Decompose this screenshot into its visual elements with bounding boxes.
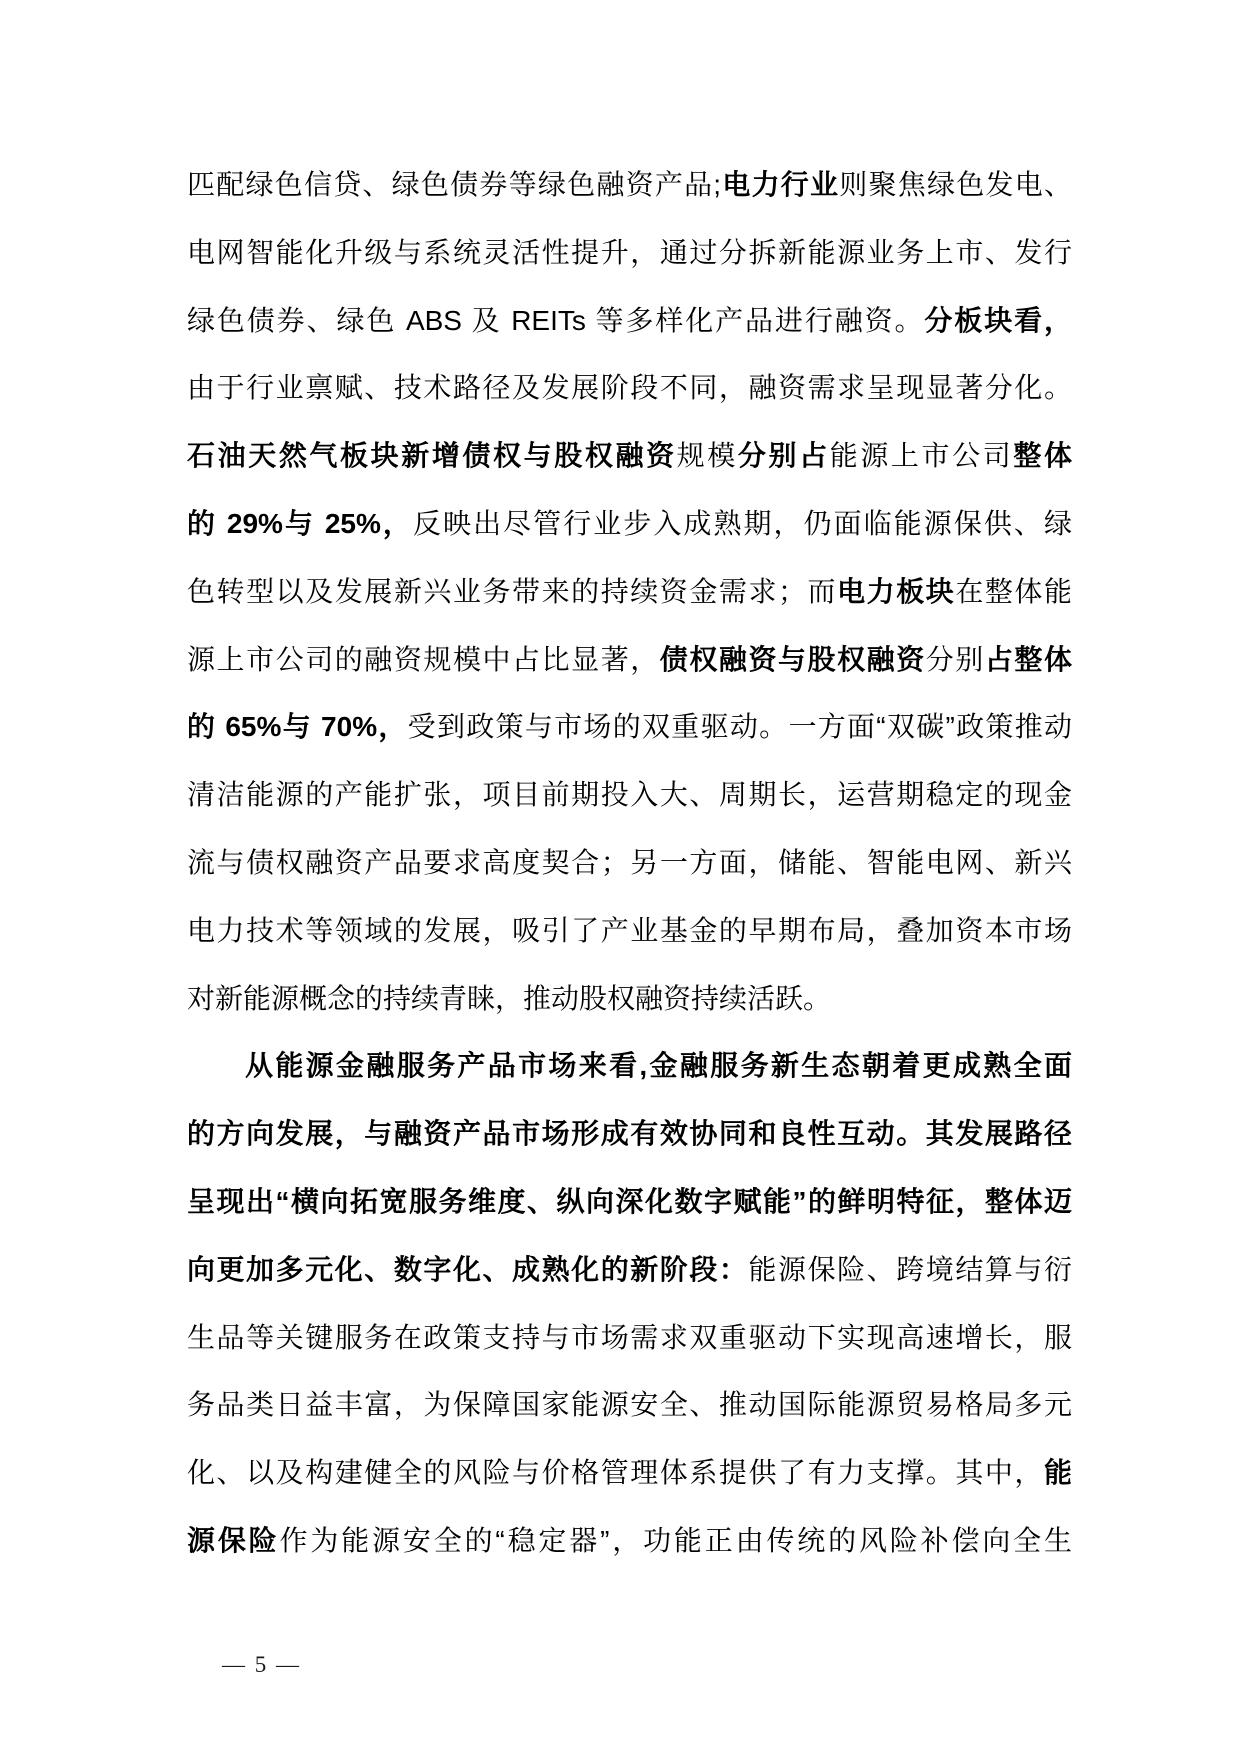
text-line: 绿色债券、绿色 ABS 及 REITs 等多样化产品进行融资。分板块看， [187, 287, 1072, 355]
text-line: 的 29%与 25%，反映出尽管行业步入成熟期，仍面临能源保供、绿 [187, 490, 1072, 558]
bold-text-segment: 占整体 [985, 644, 1072, 675]
text-segment: 则聚焦绿色发电、 [839, 169, 1072, 200]
page-number: — 5 — [222, 1652, 301, 1678]
text-line: 呈现出“横向拓宽服务维度、纵向深化数字赋能”的鲜明特征，整体迈 [187, 1168, 1072, 1236]
text-segment: 生品等关键服务在政策支持与市场需求双重驱动下实现高速增长，服 [187, 1322, 1072, 1353]
bold-text-segment: 电力行业 [721, 169, 839, 200]
bold-text-segment: 分别占 [738, 440, 830, 471]
bold-text-segment: 向更加多元化、数字化、成熟化的新阶段： [187, 1254, 748, 1285]
bold-text-segment: 石油天然气板块新增债权与股权融资 [187, 440, 677, 471]
text-segment: 清洁能源的产能扩张，项目前期投入大、周期长，运营期稳定的现金 [187, 779, 1072, 810]
text-segment: 分别 [926, 644, 985, 675]
text-line: 务品类日益丰富，为保障国家能源安全、推动国际能源贸易格局多元 [187, 1371, 1072, 1439]
text-segment: 规模 [677, 440, 738, 471]
text-segment: 色转型以及发展新兴业务带来的持续资金需求；而 [187, 576, 837, 607]
text-segment: 务品类日益丰富，为保障国家能源安全、推动国际能源贸易格局多元 [187, 1389, 1072, 1420]
bold-text-segment: 债权融资与股权融资 [660, 644, 926, 675]
text-line: 源上市公司的融资规模中占比显著，债权融资与股权融资分别占整体 [187, 626, 1072, 694]
bold-text-segment: 的方向发展，与融资产品市场形成有效协同和良性互动。其发展路径 [187, 1118, 1072, 1149]
bold-text-segment: 呈现出“横向拓宽服务维度、纵向深化数字赋能”的鲜明特征，整体迈 [187, 1186, 1072, 1217]
text-segment: 能源保险、跨境结算与衍 [748, 1254, 1072, 1285]
text-line: 流与债权融资产品要求高度契合；另一方面，储能、智能电网、新兴 [187, 829, 1072, 897]
text-segment: 能源上市公司 [830, 440, 1014, 471]
text-line: 石油天然气板块新增债权与股权融资规模分别占能源上市公司整体 [187, 422, 1072, 490]
text-line: 由于行业禀赋、技术路径及发展阶段不同，融资需求呈现显著分化。 [187, 354, 1072, 422]
bold-text-segment: 整体 [1013, 440, 1072, 471]
text-line: 生品等关键服务在政策支持与市场需求双重驱动下实现高速增长，服 [187, 1304, 1072, 1372]
text-line: 向更加多元化、数字化、成熟化的新阶段：能源保险、跨境结算与衍 [187, 1236, 1072, 1304]
text-segment: 对新能源概念的持续青睐，推动股权融资持续活跃。 [187, 983, 831, 1014]
bold-text-segment: 的 29%与 25%， [187, 508, 413, 539]
text-line: 的 65%与 70%，受到政策与市场的双重驱动。一方面“双碳”政策推动 [187, 693, 1072, 761]
text-segment: 绿色债券、绿色 ABS 及 REITs 等多样化产品进行融资。 [187, 305, 924, 336]
text-segment: 化、以及构建健全的风险与价格管理体系提供了有力支撑。其中， [187, 1457, 1044, 1488]
text-line: 的方向发展，与融资产品市场形成有效协同和良性互动。其发展路径 [187, 1100, 1072, 1168]
text-line: 源保险作为能源安全的“稳定器”，功能正由传统的风险补偿向全生 [187, 1507, 1072, 1575]
bold-text-segment: 分板块看， [924, 305, 1072, 336]
text-line: 对新能源概念的持续青睐，推动股权融资持续活跃。 [187, 965, 1072, 1033]
bold-text-segment: 能 [1044, 1457, 1072, 1488]
text-line: 从能源金融服务产品市场来看,金融服务新生态朝着更成熟全面 [187, 1032, 1072, 1100]
text-segment: 由于行业禀赋、技术路径及发展阶段不同，融资需求呈现显著分化。 [187, 372, 1072, 403]
text-segment: 作为能源安全的“稳定器”，功能正由传统的风险补偿向全生 [280, 1525, 1072, 1556]
text-segment: 电网智能化升级与系统灵活性提升，通过分拆新能源业务上市、发行 [187, 237, 1072, 268]
document-page: 匹配绿色信贷、绿色债券等绿色融资产品;电力行业则聚焦绿色发电、电网智能化升级与系… [0, 0, 1240, 1754]
text-line: 化、以及构建健全的风险与价格管理体系提供了有力支撑。其中，能 [187, 1439, 1072, 1507]
text-line: 电力技术等领域的发展，吸引了产业基金的早期布局，叠加资本市场 [187, 897, 1072, 965]
page-body-text: 匹配绿色信贷、绿色债券等绿色融资产品;电力行业则聚焦绿色发电、电网智能化升级与系… [187, 151, 1072, 1575]
text-segment: 源上市公司的融资规模中占比显著， [187, 644, 660, 675]
text-segment: 反映出尽管行业步入成熟期，仍面临能源保供、绿 [413, 508, 1072, 539]
bold-text-segment: 的 65%与 70%， [187, 711, 408, 742]
bold-text-segment: 源保险 [187, 1525, 280, 1556]
text-line: 色转型以及发展新兴业务带来的持续资金需求；而电力板块在整体能 [187, 558, 1072, 626]
text-segment: 匹配绿色信贷、绿色债券等绿色融资产品; [187, 169, 721, 200]
text-line: 匹配绿色信贷、绿色债券等绿色融资产品;电力行业则聚焦绿色发电、 [187, 151, 1072, 219]
bold-text-segment: 从能源金融服务产品市场来看,金融服务新生态朝着更成熟全面 [245, 1050, 1072, 1081]
text-segment: 受到政策与市场的双重驱动。一方面“双碳”政策推动 [408, 711, 1072, 742]
text-segment: 流与债权融资产品要求高度契合；另一方面，储能、智能电网、新兴 [187, 847, 1072, 878]
text-segment: 电力技术等领域的发展，吸引了产业基金的早期布局，叠加资本市场 [187, 915, 1072, 946]
bold-text-segment: 电力板块 [837, 576, 955, 607]
text-line: 电网智能化升级与系统灵活性提升，通过分拆新能源业务上市、发行 [187, 219, 1072, 287]
text-segment: 在整体能 [955, 576, 1072, 607]
text-line: 清洁能源的产能扩张，项目前期投入大、周期长，运营期稳定的现金 [187, 761, 1072, 829]
